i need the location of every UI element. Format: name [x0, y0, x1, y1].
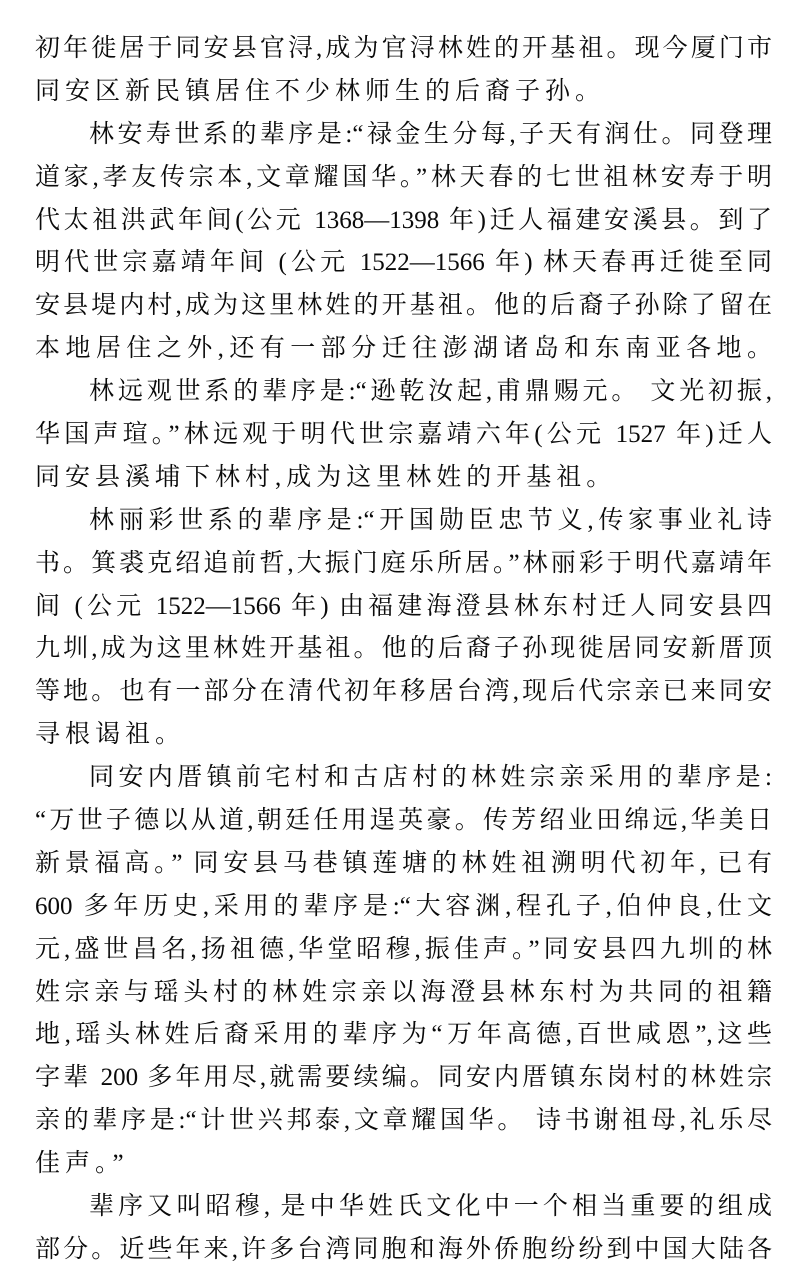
text-line: 间 (公元 1522—1566 年) 由福建海澄县林东村迁人同安县四 [35, 586, 772, 629]
text-line: 代太祖洪武年间(公元 1368—1398 年)迁人福建安溪县。到了 [35, 200, 772, 243]
text-line: 部分。近些年来,许多台湾同胞和海外侨胞纷纷到中国大陆各 [35, 1229, 772, 1272]
text-line: “万世子德以从道,朝廷任用逞英豪。传芳绍业田绵远,华美日 [35, 800, 772, 843]
text-line: 佳声。” [35, 1143, 772, 1186]
text-line: 安县堤内村,成为这里林姓的开基祖。他的后裔子孙除了留在 [35, 285, 772, 328]
text-line: 本地居住之外,还有一部分迁往澎湖诸岛和东南亚各地。 [35, 328, 772, 371]
text-line: 书。箕裘克绍追前哲,大振门庭乐所居。”林丽彩于明代嘉靖年 [35, 543, 772, 586]
text-column: 初年徙居于同安县官浔,成为官浔林姓的开基祖。现今厦门市同安区新民镇居住不少林师生… [35, 28, 772, 1272]
text-line: 地,瑶头林姓后裔采用的辈序为“万年高德,百世咸恩”,这些 [35, 1014, 772, 1057]
text-line: 九圳,成为这里林姓开基祖。他的后裔子孙现徙居同安新厝顶 [35, 628, 772, 671]
text-line: 同安区新民镇居住不少林师生的后裔子孙。 [35, 71, 772, 114]
text-line: 道家,孝友传宗本,文章耀国华。”林天春的七世祖林安寿于明 [35, 157, 772, 200]
text-line: 林安寿世系的辈序是:“禄金生分每,子天有润仕。同登理 [35, 114, 772, 157]
text-line: 明代世宗嘉靖年间 (公元 1522—1566 年) 林天春再迁徙至同 [35, 242, 772, 285]
text-line: 600 多年历史,采用的辈序是:“大容渊,程孔子,伯仲良,仕文 [35, 886, 772, 929]
text-line: 亲的辈序是:“计世兴邦泰,文章耀国华。 诗书谢祖母,礼乐尽 [35, 1100, 772, 1143]
text-line: 林远观世系的辈序是:“逊乾汝起,甫鼎赐元。 文光初振, [35, 371, 772, 414]
text-line: 字辈 200 多年用尽,就需要续编。同安内厝镇东岗村的林姓宗 [35, 1057, 772, 1100]
text-line: 等地。也有一部分在清代初年移居台湾,现后代宗亲已来同安 [35, 671, 772, 714]
text-line: 姓宗亲与瑶头村的林姓宗亲以海澄县林东村为共同的祖籍 [35, 972, 772, 1015]
text-line: 同安内厝镇前宅村和古店村的林姓宗亲采用的辈序是: [35, 757, 772, 800]
text-line: 华国声瑄。”林远观于明代世宗嘉靖六年(公元 1527 年)迁人 [35, 414, 772, 457]
text-line: 同安县溪埔下林村,成为这里林姓的开基祖。 [35, 457, 772, 500]
book-page: 初年徙居于同安县官浔,成为官浔林姓的开基祖。现今厦门市同安区新民镇居住不少林师生… [0, 0, 800, 1286]
text-line: 寻根谒祖。 [35, 714, 772, 757]
text-line: 新景福高。” 同安县马巷镇莲塘的林姓祖溯明代初年, 已有 [35, 843, 772, 886]
text-line: 林丽彩世系的辈序是:“开国勋臣忠节义,传家事业礼诗 [35, 500, 772, 543]
text-line: 初年徙居于同安县官浔,成为官浔林姓的开基祖。现今厦门市 [35, 28, 772, 71]
text-line: 辈序又叫昭穆, 是中华姓氏文化中一个相当重要的组成 [35, 1186, 772, 1229]
text-line: 元,盛世昌名,扬祖德,华堂昭穆,振佳声。”同安县四九圳的林 [35, 929, 772, 972]
